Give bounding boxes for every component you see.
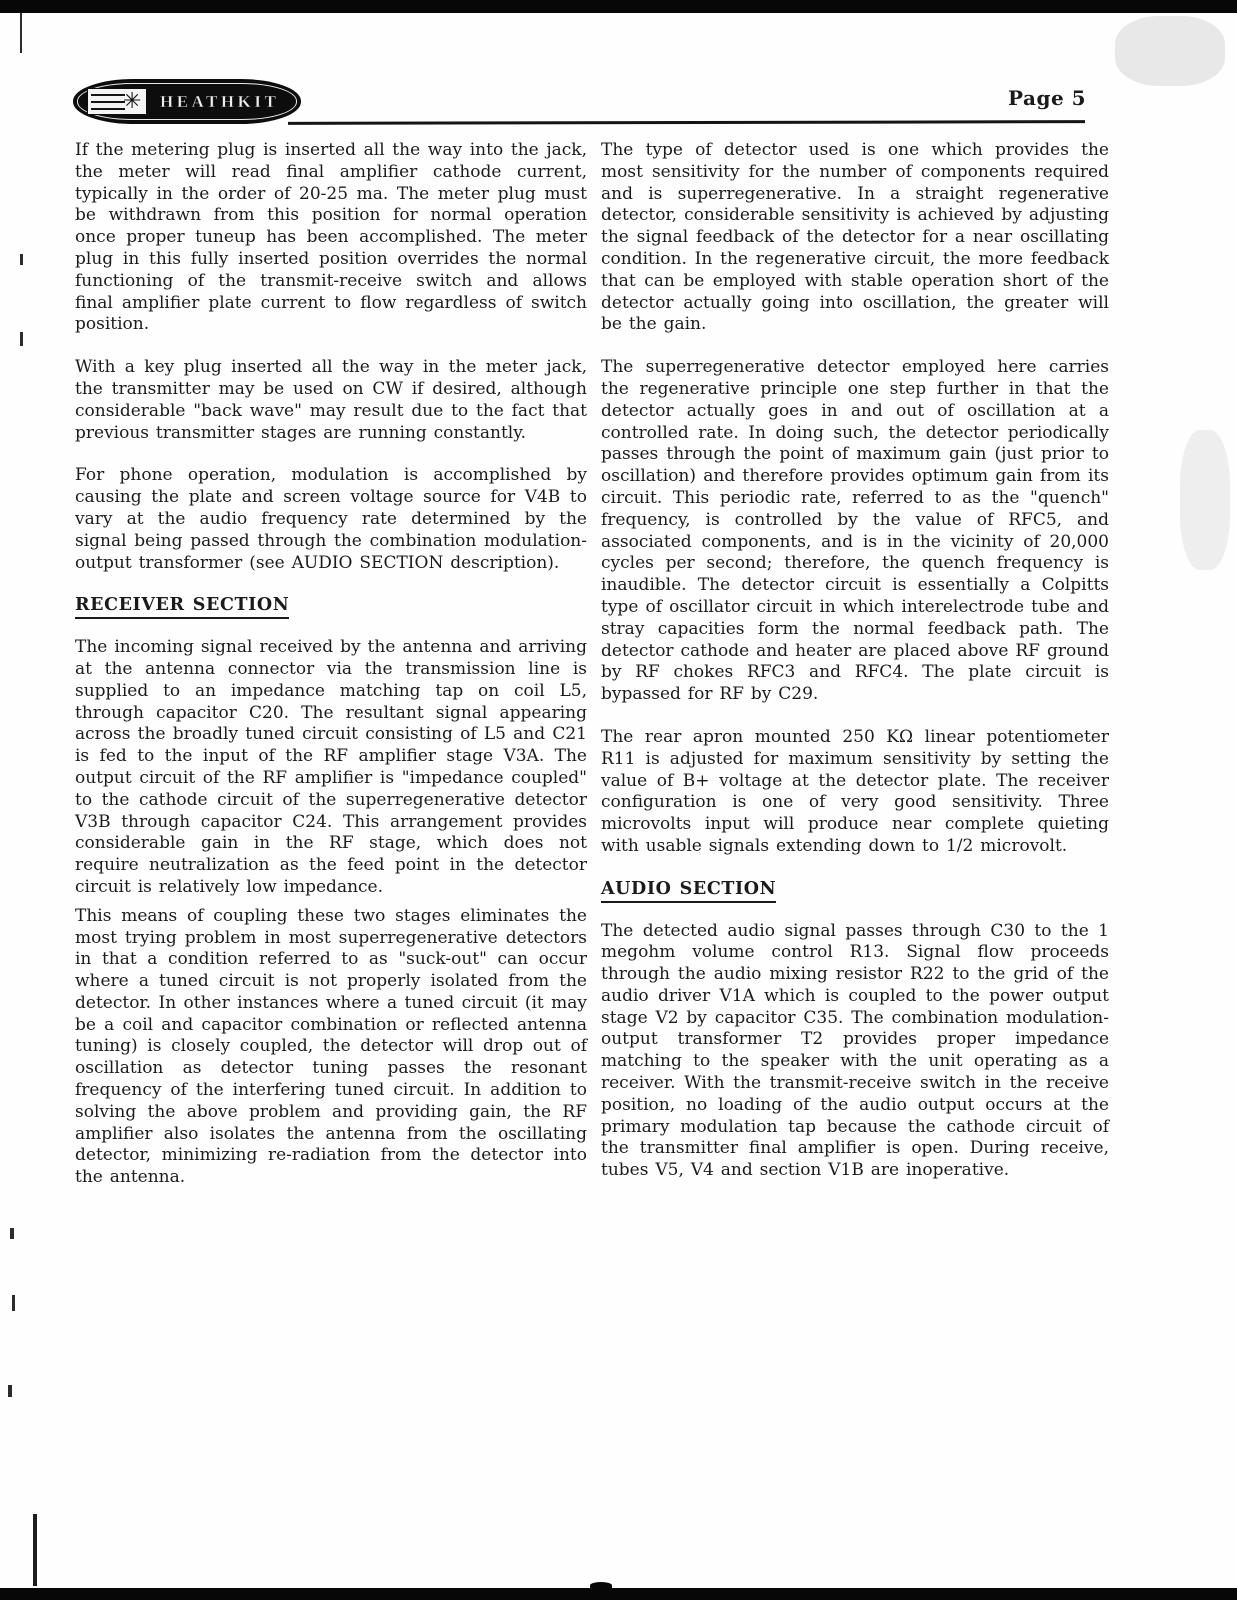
paragraph-key-plug: With a key plug inserted all the way in …: [75, 357, 587, 444]
paragraph-potentiometer: The rear apron mounted 250 KΩ linear pot…: [601, 727, 1109, 858]
scan-smudge: [1180, 430, 1230, 570]
paragraph-audio-signal: The detected audio signal passes through…: [601, 921, 1109, 1183]
manual-page: ✳ HEATHKIT Page 5 If the metering plug i…: [0, 0, 1237, 1600]
paragraph-phone-operation: For phone operation, modulation is accom…: [75, 465, 587, 574]
audio-section-heading: AUDIO SECTION: [601, 879, 1109, 901]
heathkit-logo-emblem: ✳: [87, 88, 147, 115]
receiver-section-heading: RECEIVER SECTION: [75, 595, 587, 617]
speed-lines-icon: [91, 94, 125, 110]
paragraph-metering-plug: If the metering plug is inserted all the…: [75, 140, 587, 336]
receiver-section-heading-text: RECEIVER SECTION: [75, 595, 289, 619]
scan-smudge: [1115, 16, 1225, 86]
header-rule: [288, 120, 1085, 125]
right-column: The type of detector used is one which p…: [601, 140, 1109, 1203]
scan-edge-top-bar: [0, 0, 1237, 13]
left-column: If the metering plug is inserted all the…: [75, 140, 587, 1210]
scan-artifact: [20, 254, 23, 265]
scan-artifact: [10, 1228, 14, 1239]
page-number: Page 5: [1008, 86, 1098, 110]
scan-artifact: [33, 1514, 37, 1586]
starburst-icon: ✳: [123, 91, 141, 113]
audio-section-heading-text: AUDIO SECTION: [601, 879, 776, 903]
scan-artifact: [20, 13, 22, 53]
heathkit-logo-border: ✳ HEATHKIT: [77, 83, 297, 120]
paragraph-incoming-signal: The incoming signal received by the ante…: [75, 637, 587, 899]
paragraph-detector-type: The type of detector used is one which p…: [601, 140, 1109, 336]
heathkit-logo: ✳ HEATHKIT: [74, 80, 300, 123]
scan-artifact: [8, 1385, 12, 1397]
heathkit-logo-text: HEATHKIT: [160, 92, 279, 112]
scan-edge-bottom-bar: [0, 1588, 1237, 1600]
scan-artifact: [20, 332, 23, 346]
paragraph-superregenerative: The superregenerative detector employed …: [601, 357, 1109, 706]
scan-artifact: [12, 1295, 15, 1311]
paragraph-stage-coupling: This means of coupling these two stages …: [75, 906, 587, 1189]
